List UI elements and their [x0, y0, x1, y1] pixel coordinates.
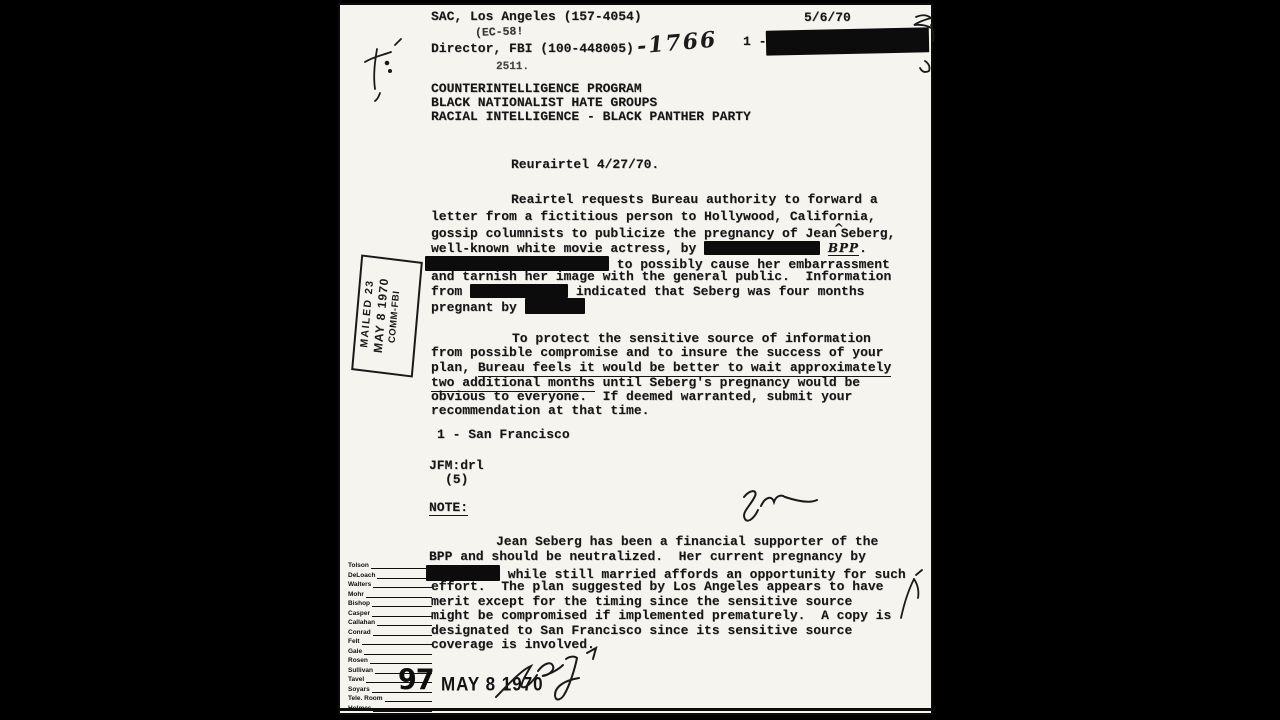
routing-blank-line	[362, 644, 432, 645]
routing-row: Tolson	[348, 561, 432, 570]
received-stamp-date: MAY 8 1970	[441, 674, 544, 696]
routing-blank-line	[373, 635, 432, 636]
redaction-bar	[525, 298, 585, 314]
sender-line: Director, FBI (100-448005)	[431, 42, 634, 57]
routing-blank-line	[373, 711, 432, 712]
note-line6: might be compromised if implemented prem…	[431, 609, 891, 624]
routing-row: Gale	[348, 647, 432, 656]
para1-line3: gossip columnists to publicize the pregn…	[431, 226, 895, 242]
para1-line2: letter from a fictitious person to Holly…	[431, 210, 876, 225]
reference-line: Reurairtel 4/27/70.	[511, 158, 659, 173]
routing-row: Casper	[348, 609, 432, 618]
routing-blank-line	[366, 597, 432, 598]
routing-blank-line	[372, 606, 432, 607]
note-line4: effort. The plan suggested by Los Angele…	[431, 580, 883, 595]
routing-blank-line	[385, 701, 432, 702]
copy-designation-prefix: 1 -	[743, 35, 766, 50]
routing-blank-line	[373, 587, 432, 588]
redaction-bar	[470, 284, 568, 298]
routing-blank-line	[377, 625, 432, 626]
para1-line6: and tarnish her image with the general p…	[431, 270, 891, 285]
redaction-bar	[704, 241, 820, 255]
routing-blank-line	[377, 578, 432, 579]
signature-flourish	[744, 491, 817, 521]
para1-line1: Reairtel requests Bureau authority to fo…	[511, 193, 878, 208]
routing-row: Bishop	[348, 599, 432, 608]
hand-underlined-text: BPP	[429, 549, 452, 566]
subject-line-3: RACIAL INTELLIGENCE - BLACK PANTHER PART…	[431, 110, 751, 125]
recipient-line: SAC, Los Angeles (157-4054)	[431, 10, 642, 25]
routing-blank-line	[371, 568, 432, 569]
para1-line8: pregnant by	[431, 298, 585, 316]
note-line8: coverage is involved.	[431, 638, 595, 653]
insertion-caret: ^	[834, 221, 844, 235]
routing-row: Callahan	[348, 618, 432, 627]
note-label: NOTE:	[429, 501, 468, 516]
handwritten-serial: -1766	[636, 27, 718, 60]
top-left-annotation-mark	[365, 39, 401, 101]
para2-line6: recommendation at that time.	[431, 404, 649, 419]
note-line1: Jean Seberg has been a financial support…	[496, 535, 878, 550]
copies-count: (5)	[445, 473, 468, 488]
note-line2: BPP and should be neutralized. Her curre…	[429, 550, 866, 565]
routing-blank-line	[364, 654, 432, 655]
ec-annotation: (EC-58!	[475, 25, 524, 41]
pencil-notation: 2511.	[496, 60, 529, 75]
para2-line2: from possible compromise and to insure t…	[431, 346, 883, 361]
screenshot-root: { "colors": {"background":"#000000","pap…	[0, 0, 1280, 720]
routing-row: Conrad	[348, 628, 432, 637]
routing-row: DeLoach	[348, 571, 432, 580]
routing-row: Felt	[348, 637, 432, 646]
cc-line: 1 - San Francisco	[437, 428, 570, 443]
handwritten-bpp: BPP	[828, 241, 859, 256]
redaction-bar	[766, 27, 929, 55]
received-stamp-number: 97	[398, 664, 434, 697]
page-bottom-edge	[340, 708, 935, 711]
routing-blank-line	[372, 616, 432, 617]
mailed-stamp: MAILED 23 MAY 8 1970 COMM-FBI	[342, 257, 434, 377]
routing-row: Mohr	[348, 590, 432, 599]
memo-page: SAC, Los Angeles (157-4054) 5/6/70 (EC-5…	[338, 3, 933, 715]
routing-row: Walters	[348, 580, 432, 589]
date: 5/6/70	[804, 11, 851, 26]
para1-line4: well-known white movie actress, by BPP.	[431, 241, 867, 257]
para2-line3: plan, Bureau feels it would be better to…	[431, 361, 891, 376]
